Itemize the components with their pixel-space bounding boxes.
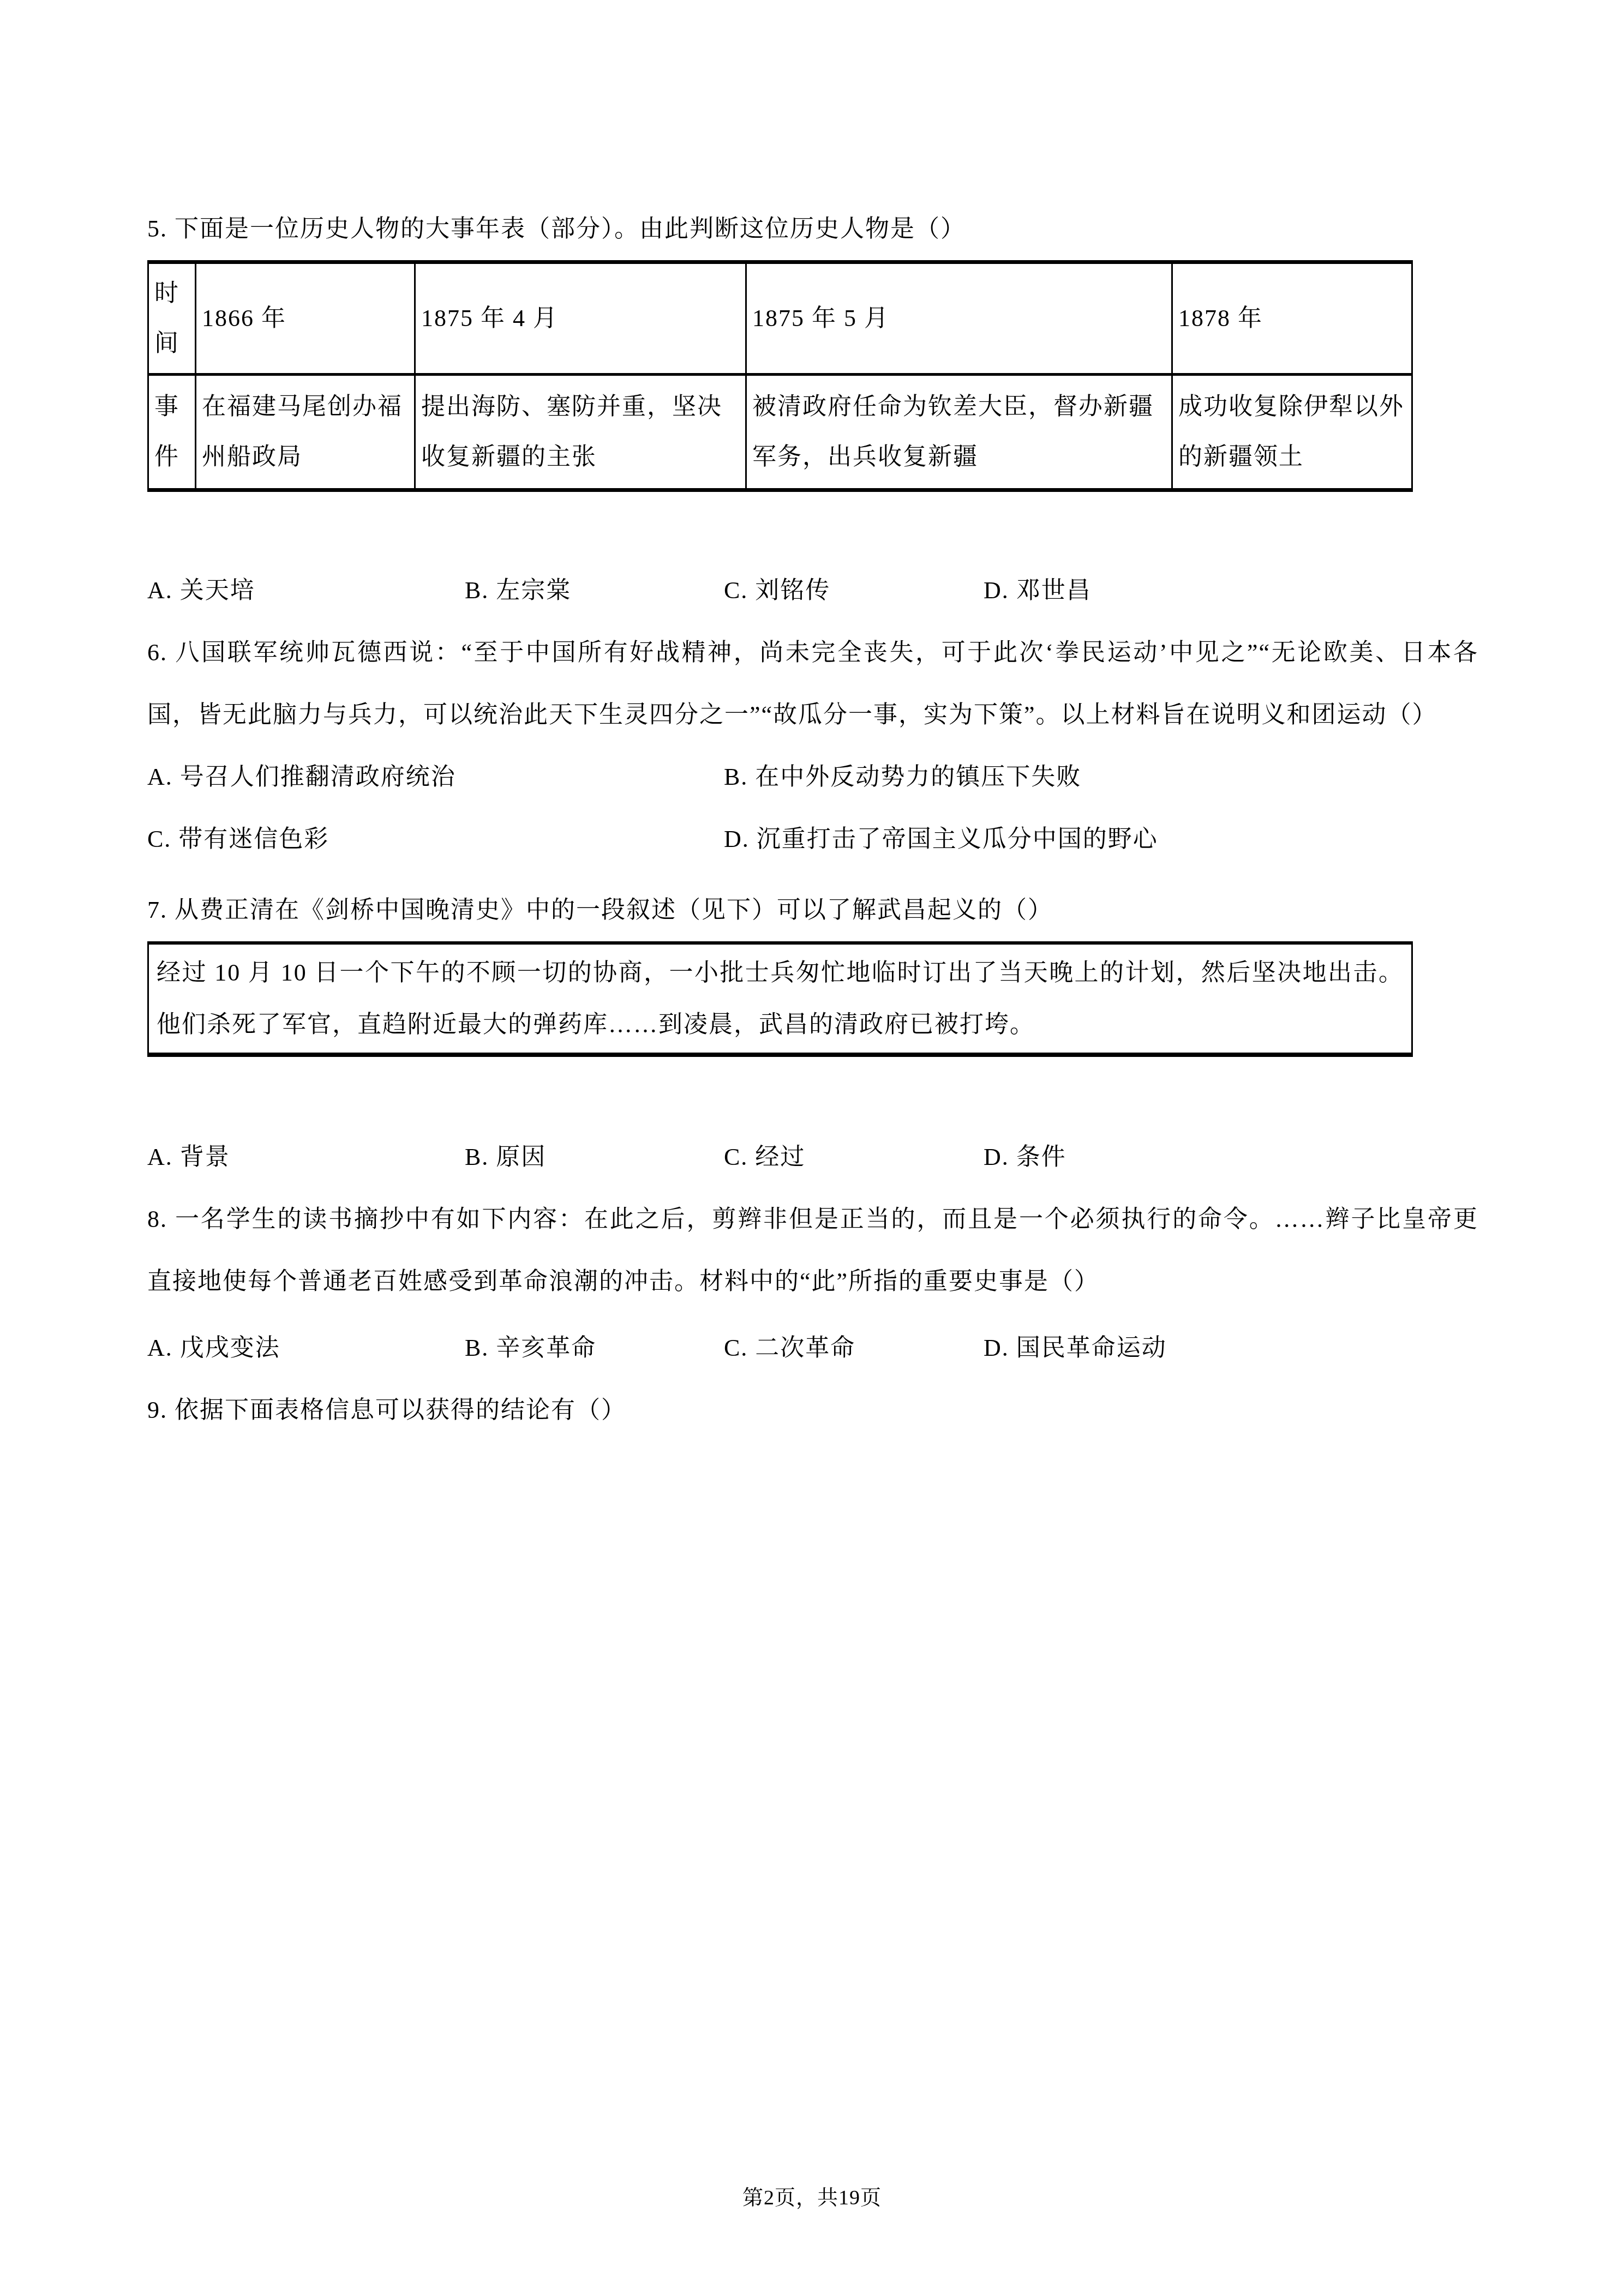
- table-cell-1875-apr: 1875 年 4 月: [415, 262, 746, 375]
- q6-option-c: C. 带有迷信色彩: [147, 808, 724, 870]
- q6-option-b: B. 在中外反动势力的镇压下失败: [724, 746, 1478, 808]
- q8-option-b: B. 辛亥革命: [465, 1317, 724, 1379]
- table-cell-time-label: 时间: [148, 262, 196, 375]
- question-7-options: A. 背景 B. 原因 C. 经过 D. 条件: [147, 1126, 1478, 1188]
- table-row-event: 事件 在福建马尾创办福州船政局 提出海防、塞防并重，坚决收复新疆的主张 被清政府…: [148, 375, 1412, 490]
- q5-option-b: B. 左宗棠: [465, 560, 724, 622]
- page-number-footer: 第2页，共19页: [0, 2181, 1624, 2214]
- q7-option-c: C. 经过: [724, 1126, 984, 1188]
- question-8-options: A. 戊戌变法 B. 辛亥革命 C. 二次革命 D. 国民革命运动: [147, 1317, 1478, 1379]
- question-7-stem: 7. 从费正清在《剑桥中国晚清史》中的一段叙述（见下）可以了解武昌起义的（）: [147, 879, 1478, 941]
- exam-page-content: 5. 下面是一位历史人物的大事年表（部分）。由此判断这位历史人物是（） 时间 1…: [147, 0, 1478, 1441]
- question-6-stem: 6. 八国联军统帅瓦德西说：“至于中国所有好战精神，尚未完全丧失，可于此次‘拳民…: [147, 622, 1478, 746]
- table-cell-event-1878: 成功收复除伊犁以外的新疆领土: [1172, 375, 1412, 490]
- table-cell-year-1866: 1866 年: [196, 262, 415, 375]
- table-cell-event-1875-apr: 提出海防、塞防并重，坚决收复新疆的主张: [415, 375, 746, 490]
- q5-option-d: D. 邓世昌: [984, 560, 1478, 622]
- table-cell-year-1878: 1878 年: [1172, 262, 1412, 375]
- q7-option-d: D. 条件: [984, 1126, 1478, 1188]
- q6-option-d: D. 沉重打击了帝国主义瓜分中国的野心: [724, 808, 1478, 870]
- q6-option-a: A. 号召人们推翻清政府统治: [147, 746, 724, 808]
- q8-option-c: C. 二次革命: [724, 1317, 984, 1379]
- table-cell-event-label: 事件: [148, 375, 196, 490]
- q7-option-a: A. 背景: [147, 1126, 465, 1188]
- question-7-quote-box: 经过 10 月 10 日一个下午的不顾一切的协商，一小批士兵匆忙地临时订出了当天…: [147, 941, 1413, 1057]
- table-cell-event-1866: 在福建马尾创办福州船政局: [196, 375, 415, 490]
- table-cell-event-1875-may: 被清政府任命为钦差大臣，督办新疆军务，出兵收复新疆: [746, 375, 1172, 490]
- q8-option-d: D. 国民革命运动: [984, 1317, 1478, 1379]
- q8-option-a: A. 戊戌变法: [147, 1317, 465, 1379]
- table-cell-1875-may: 1875 年 5 月: [746, 262, 1172, 375]
- table-row-time: 时间 1866 年 1875 年 4 月 1875 年 5 月 1878 年: [148, 262, 1412, 375]
- question-5-stem: 5. 下面是一位历史人物的大事年表（部分）。由此判断这位历史人物是（）: [147, 198, 1478, 260]
- q5-option-c: C. 刘铭传: [724, 560, 984, 622]
- question-5-timeline-table: 时间 1866 年 1875 年 4 月 1875 年 5 月 1878 年 事…: [147, 260, 1413, 492]
- question-9-stem: 9. 依据下面表格信息可以获得的结论有（）: [147, 1379, 1478, 1441]
- q5-option-a: A. 关天培: [147, 560, 465, 622]
- question-8-stem: 8. 一名学生的读书摘抄中有如下内容：在此之后，剪辫非但是正当的，而且是一个必须…: [147, 1188, 1478, 1313]
- q7-option-b: B. 原因: [465, 1126, 724, 1188]
- question-6-options: A. 号召人们推翻清政府统治 B. 在中外反动势力的镇压下失败 C. 带有迷信色…: [147, 746, 1478, 870]
- question-5-options: A. 关天培 B. 左宗棠 C. 刘铭传 D. 邓世昌: [147, 560, 1478, 622]
